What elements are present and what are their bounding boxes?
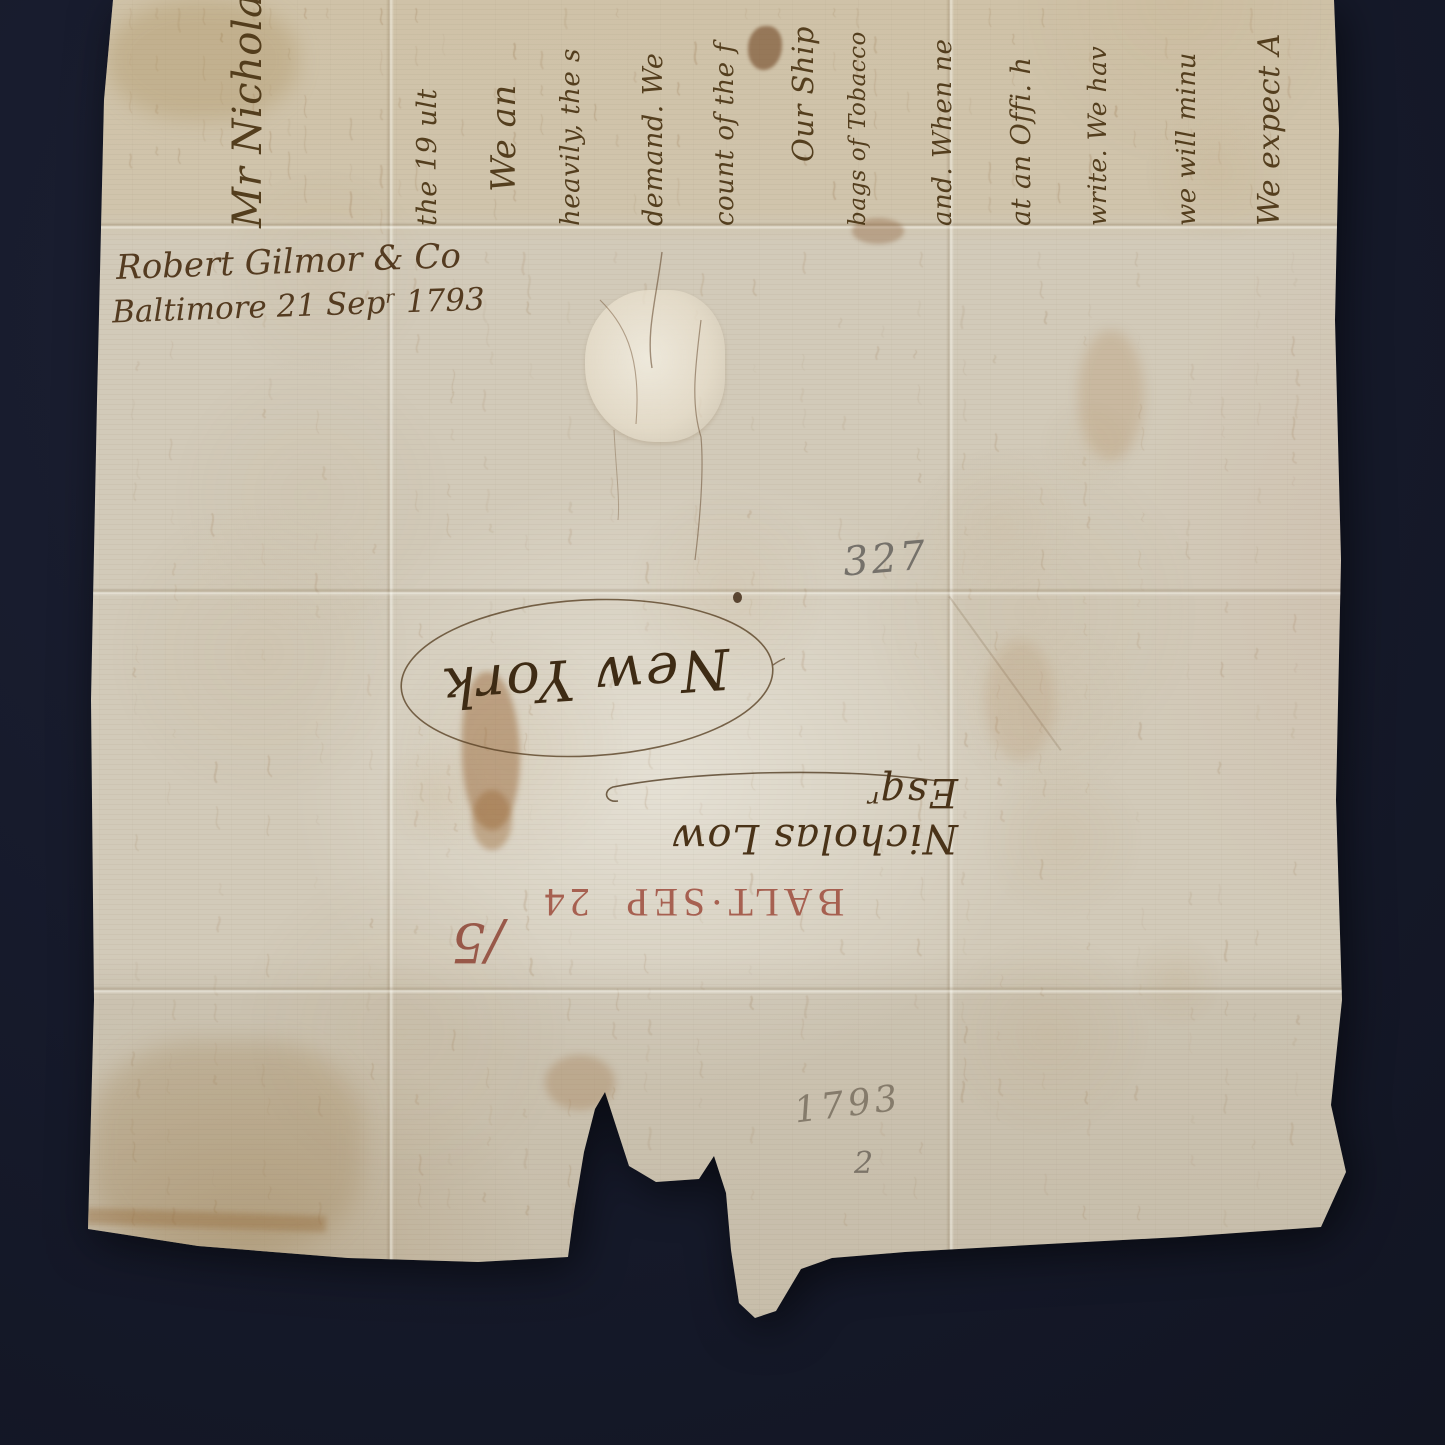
photo-background: Mr Nicholas the 19 ult We an heavily, th… bbox=[0, 0, 1445, 1445]
top-band-fragment: heavily, the s bbox=[556, 48, 586, 226]
top-band-fragment: Our Ship bbox=[786, 26, 820, 162]
top-band-fragment: write. We hav bbox=[1083, 46, 1112, 226]
tear-hole bbox=[572, 1092, 734, 1267]
postmark-block: BALT·SEP 24 bbox=[492, 866, 892, 940]
postmark-stamp: BALT·SEP 24 bbox=[540, 880, 845, 927]
rate-mark-block: /5 bbox=[430, 890, 525, 995]
top-band-fragment: at an Offi. h bbox=[1006, 57, 1037, 226]
rate-mark: /5 bbox=[451, 911, 504, 974]
letter-paper-wrap: Mr Nicholas the 19 ult We an heavily, th… bbox=[0, 0, 1445, 1445]
top-band-fragment: bags of Tobacco bbox=[845, 31, 871, 226]
top-band-fragment: and. When ne bbox=[928, 39, 958, 226]
address-name-block: Nicholas Low Esqʳ bbox=[598, 748, 958, 883]
pencil-small-mark: 2 bbox=[854, 1146, 873, 1181]
top-band-fragment: Mr Nicholas bbox=[225, 0, 271, 228]
top-band-fragment: We an bbox=[484, 84, 524, 192]
pencil-catalog-number: 327 bbox=[841, 532, 930, 585]
top-band-fragment: We expect A bbox=[1252, 33, 1287, 226]
letter-paper: Mr Nicholas the 19 ult We an heavily, th… bbox=[0, 0, 1445, 1445]
top-band-fragment: count of the f bbox=[710, 43, 740, 226]
seal-remnant bbox=[585, 290, 725, 442]
address-city-block: New York bbox=[385, 580, 785, 775]
address-underline-flourish bbox=[598, 748, 958, 883]
top-band-fragment: the 19 ult bbox=[412, 88, 443, 226]
top-band-fragment: we will minu bbox=[1172, 52, 1202, 226]
top-band-fragment: demand. We bbox=[638, 53, 669, 226]
